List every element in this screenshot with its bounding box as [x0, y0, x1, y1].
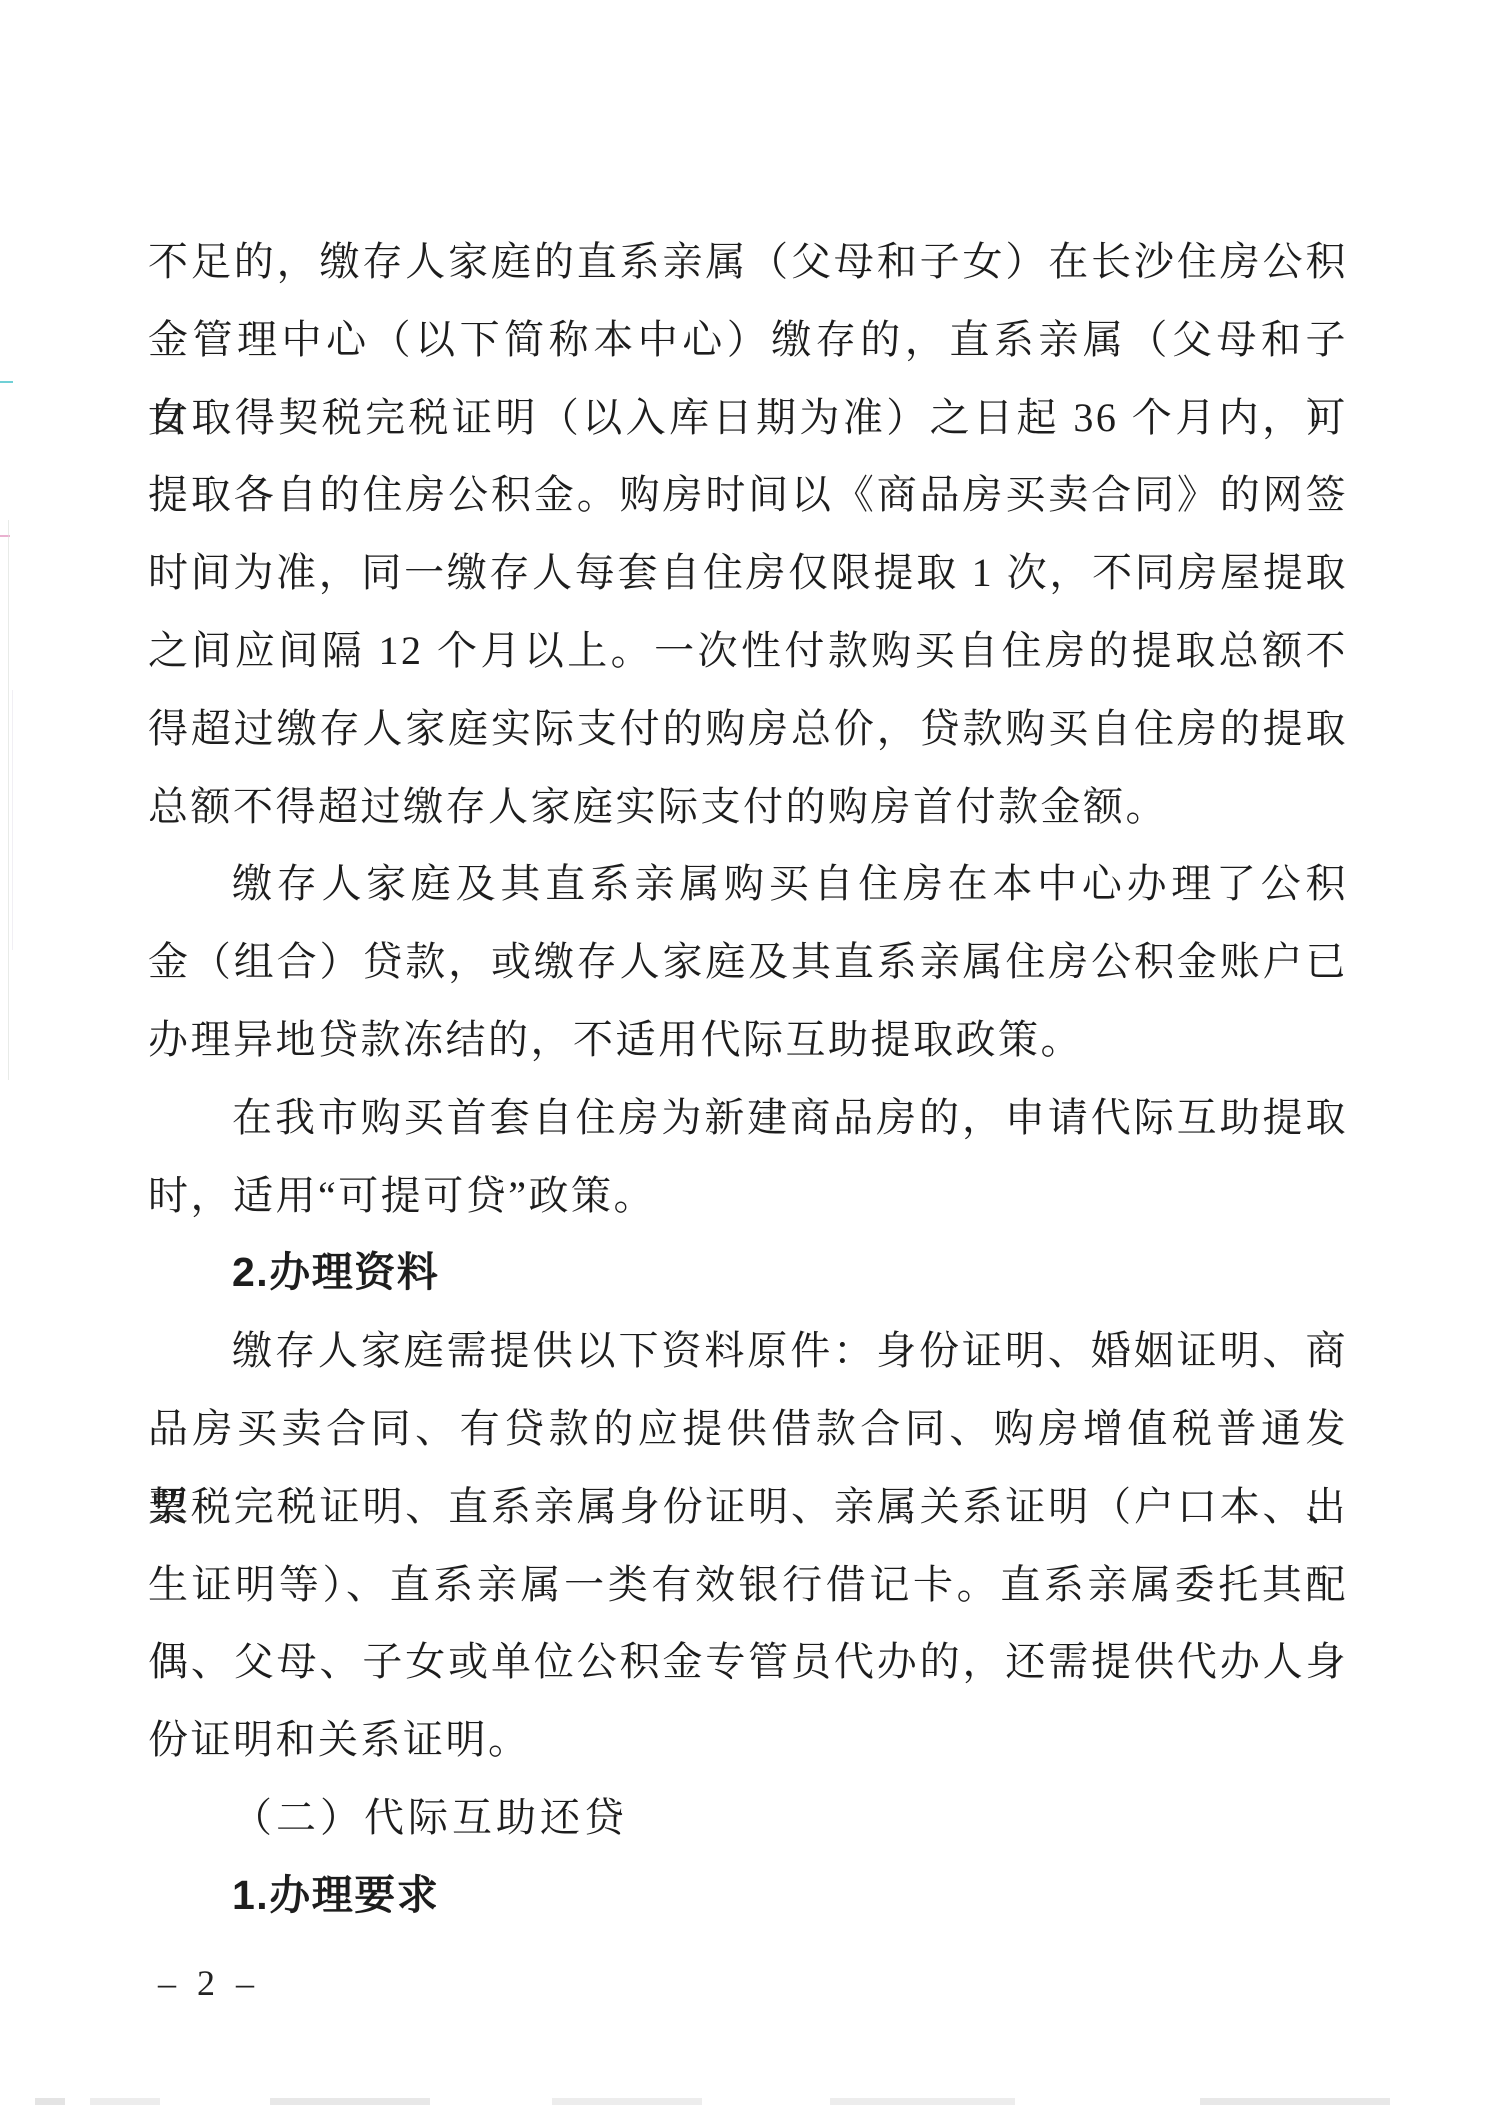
- text-line: 契税完税证明、直系亲属身份证明、亲属关系证明（户口本、出: [148, 1468, 1348, 1546]
- text-line: 1.办理要求: [148, 1857, 1348, 1935]
- page-number: – 2 –: [158, 1962, 260, 2004]
- text-line: 之间应间隔 12 个月以上。一次性付款购买自住房的提取总额不: [148, 612, 1348, 690]
- scan-artifact-segment: [270, 2098, 430, 2105]
- text-line: 缴存人家庭及其直系亲属购买自住房在本中心办理了公积: [148, 845, 1348, 923]
- scan-artifact-segment: [830, 2098, 1015, 2105]
- scanned-document-page: 不足的，缴存人家庭的直系亲属（父母和子女）在长沙住房公积金管理中心（以下简称本中…: [0, 0, 1488, 2105]
- scan-artifact-segment: [35, 2098, 65, 2105]
- text-line: 提取各自的住房公积金。购房时间以《商品房买卖合同》的网签: [148, 456, 1348, 534]
- text-line: 金（组合）贷款，或缴存人家庭及其直系亲属住房公积金账户已: [148, 923, 1348, 1001]
- text-line: 金管理中心（以下简称本中心）缴存的，直系亲属（父母和子女）: [148, 301, 1348, 379]
- scan-artifact-cyan-dash: [0, 381, 13, 383]
- scan-artifact-pink-dash: [0, 535, 10, 537]
- scan-artifact-vertical-line: [8, 520, 9, 1080]
- scan-artifact-segment: [552, 2098, 702, 2105]
- text-line: 份证明和关系证明。: [148, 1701, 1348, 1779]
- text-line: 自取得契税完税证明（以入库日期为准）之日起 36 个月内，可: [148, 379, 1348, 457]
- text-line: 偶、父母、子女或单位公积金专管员代办的，还需提供代办人身: [148, 1623, 1348, 1701]
- scan-artifact-segment: [90, 2098, 160, 2105]
- scan-artifact-vertical-line-2: [12, 690, 13, 950]
- text-line: 总额不得超过缴存人家庭实际支付的购房首付款金额。: [148, 768, 1348, 846]
- text-line: 办理异地贷款冻结的，不适用代际互助提取政策。: [148, 1001, 1348, 1079]
- text-line: 2.办理资料: [148, 1234, 1348, 1312]
- text-line: 时，适用“可提可贷”政策。: [148, 1157, 1348, 1235]
- scan-artifact-segment: [1200, 2098, 1390, 2105]
- text-line: 得超过缴存人家庭实际支付的购房总价，贷款购买自住房的提取: [148, 690, 1348, 768]
- text-line: 生证明等）、直系亲属一类有效银行借记卡。直系亲属委托其配: [148, 1546, 1348, 1624]
- text-line: 在我市购买首套自住房为新建商品房的，申请代际互助提取: [148, 1079, 1348, 1157]
- text-layer: 不足的，缴存人家庭的直系亲属（父母和子女）在长沙住房公积金管理中心（以下简称本中…: [148, 223, 1348, 1935]
- text-line: 时间为准，同一缴存人每套自住房仅限提取 1 次，不同房屋提取: [148, 534, 1348, 612]
- text-line: 品房买卖合同、有贷款的应提供借款合同、购房增值税普通发票、: [148, 1390, 1348, 1468]
- text-line: 缴存人家庭需提供以下资料原件：身份证明、婚姻证明、商: [148, 1312, 1348, 1390]
- text-line: 不足的，缴存人家庭的直系亲属（父母和子女）在长沙住房公积: [148, 223, 1348, 301]
- text-line: （二）代际互助还贷: [148, 1779, 1348, 1857]
